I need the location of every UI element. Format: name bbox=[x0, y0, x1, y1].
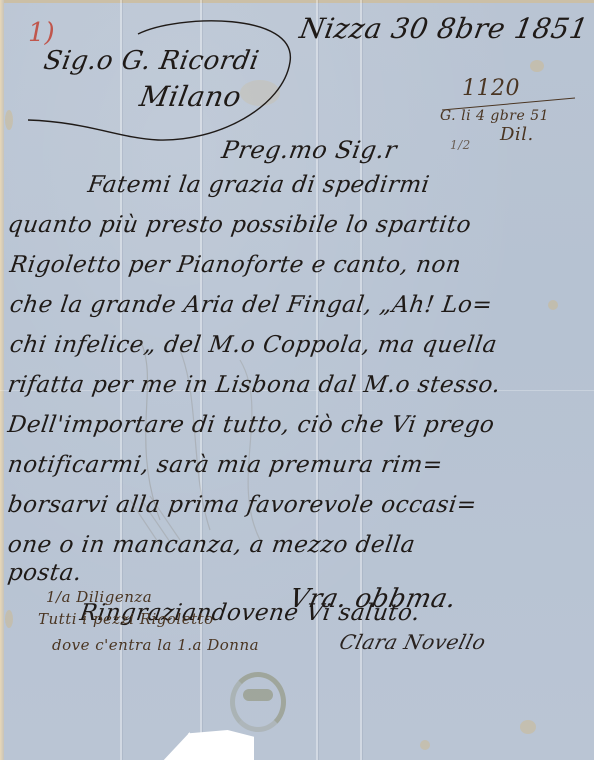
body-line: posta. bbox=[6, 560, 83, 586]
address-oval-flourish bbox=[28, 12, 296, 142]
receipt-note-date: G. li 4 gbre 51 bbox=[440, 108, 549, 124]
foxing-stain bbox=[520, 720, 536, 734]
address-line-1: Sig.o G. Ricordi bbox=[41, 46, 261, 76]
receipt-note-dil: Dil. bbox=[500, 124, 534, 145]
signature: Clara Novello bbox=[337, 630, 488, 654]
body-line: che la grande Aria del Fingal, „Ah! Lo= bbox=[8, 292, 494, 318]
body-line: quanto più presto possibile lo spartito bbox=[6, 212, 473, 238]
address-line-2: Milano bbox=[137, 80, 244, 113]
paper-top-edge bbox=[0, 0, 594, 3]
foxing-stain bbox=[530, 60, 544, 72]
body-line: Fatemi la grazia di spedirmi bbox=[86, 172, 431, 198]
margin-note: dove c'entra la 1.a Donna bbox=[52, 636, 259, 654]
margin-note: 1/a Diligenza bbox=[46, 588, 152, 606]
letter-sheet: 1) Sig.o G. Ricordi Milano Nizza 30 8bre… bbox=[0, 0, 594, 764]
body-line: Rigoletto per Pianoforte e canto, non bbox=[8, 252, 463, 278]
foxing-stain bbox=[420, 740, 430, 750]
torn-paper-patch bbox=[188, 730, 254, 764]
receipt-note-fraction: 1/2 bbox=[450, 138, 471, 152]
foxing-stain bbox=[5, 610, 13, 628]
paper-bottom-edge bbox=[0, 760, 594, 764]
dateline: Nizza 30 8bre 1851 bbox=[297, 12, 591, 45]
postmark-stamp bbox=[230, 672, 286, 732]
salutation: Preg.mo Sig.r bbox=[220, 136, 400, 164]
foxing-stain bbox=[548, 300, 558, 310]
postmark-bar bbox=[243, 689, 273, 701]
foxing-stain bbox=[5, 110, 13, 130]
closing-formula: Vra. obbma. bbox=[287, 584, 459, 614]
bleed-through-marks bbox=[120, 320, 320, 550]
paper-left-edge bbox=[0, 0, 4, 764]
margin-note: Tutti i pezzi Rigoletto bbox=[38, 610, 214, 628]
